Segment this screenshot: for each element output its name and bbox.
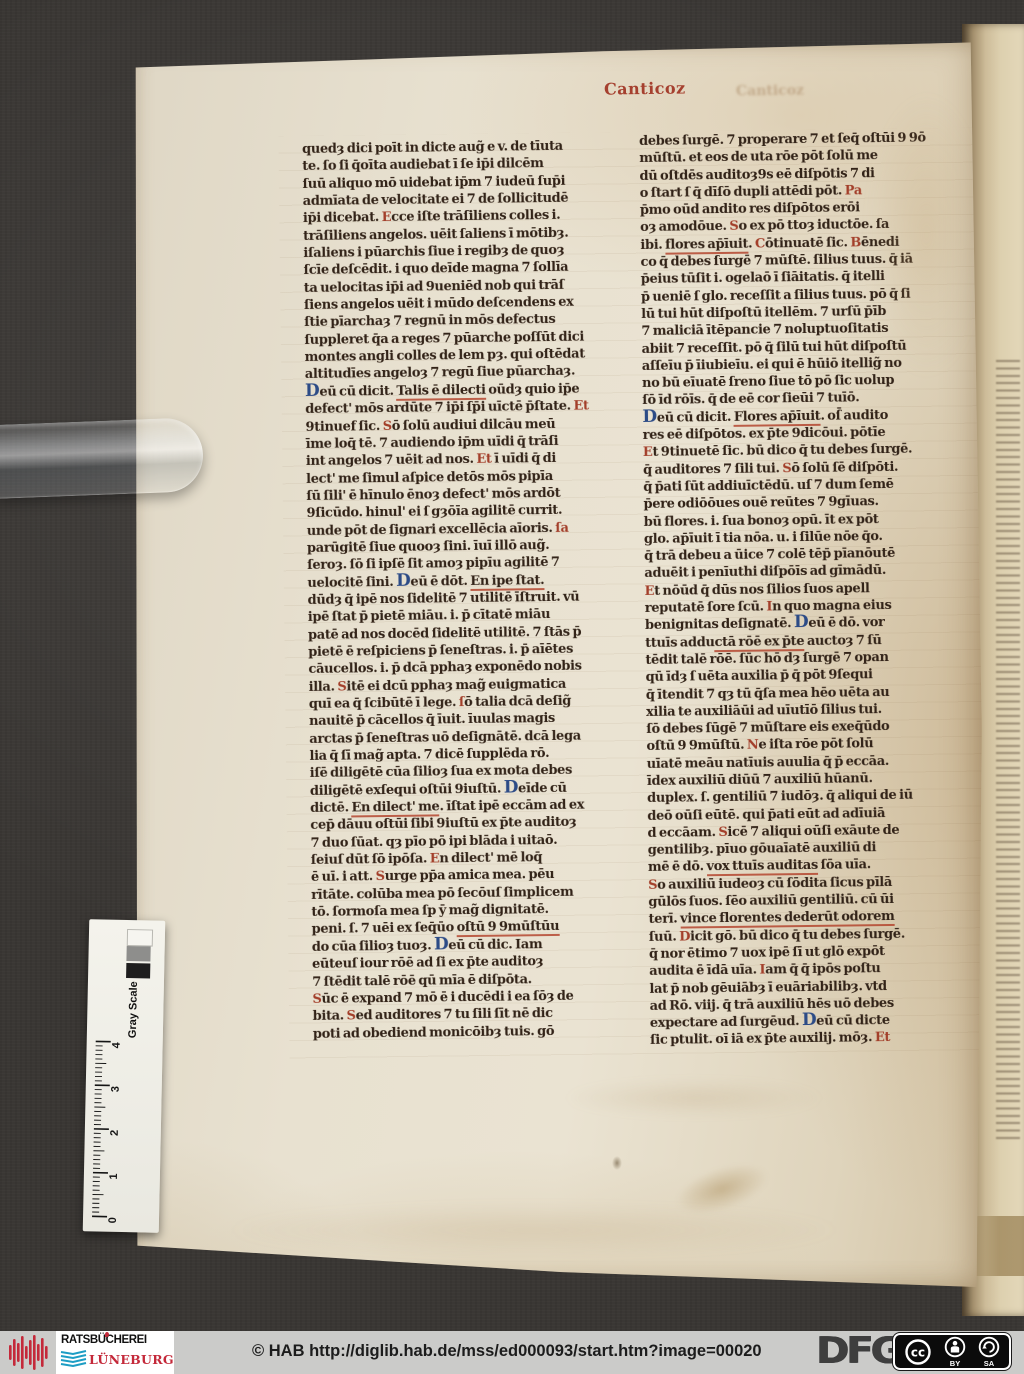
parchment-stain bbox=[564, 1080, 824, 1116]
library-name: RATSBÜCHEREI bbox=[61, 1334, 147, 1346]
parchment-stain bbox=[612, 1156, 622, 1170]
text-column-left: quedȝ dici poīt in dicte aug̃ e v. de tī… bbox=[302, 138, 651, 1044]
cc-license-badge: cc BY SA bbox=[893, 1333, 1011, 1370]
cc-by-icon: BY bbox=[944, 1336, 966, 1368]
manuscript-page: Canticoz Canticoz quedȝ dici poīt in dic… bbox=[134, 40, 986, 1292]
svg-text:2: 2 bbox=[109, 1130, 121, 1136]
svg-text:0: 0 bbox=[107, 1217, 119, 1223]
dfg-logo: DFG bbox=[816, 1332, 900, 1372]
running-title-showthrough: Canticoz bbox=[736, 82, 804, 101]
parchment-stain bbox=[224, 1205, 844, 1255]
svg-text:1: 1 bbox=[108, 1173, 120, 1179]
page-holder-strip bbox=[0, 417, 204, 499]
grayscale-ruler-svg: 01234 bbox=[83, 919, 166, 1233]
wave-book-icon bbox=[60, 1349, 87, 1367]
cc-logo: cc bbox=[904, 1338, 932, 1366]
svg-text:3: 3 bbox=[110, 1086, 122, 1092]
svg-text:cc: cc bbox=[911, 1345, 925, 1359]
cc-sa-icon: SA bbox=[978, 1336, 1000, 1368]
facing-page-text-blur bbox=[996, 360, 1020, 1140]
svg-text:4: 4 bbox=[111, 1041, 123, 1048]
library-city: LÜNEBURG bbox=[89, 1352, 174, 1367]
ratsbuecherei-bars-icon bbox=[7, 1333, 51, 1372]
running-title: Canticoz bbox=[604, 79, 686, 98]
grayscale-card: Gray Scale 01234 bbox=[83, 919, 166, 1233]
copyright-url: © HAB http://diglib.hab.de/mss/ed000093/… bbox=[252, 1342, 762, 1361]
footer-bar: RATSBÜCHEREI LÜNEBURG © HAB http://digli… bbox=[0, 1331, 1024, 1374]
logo-red-drop bbox=[105, 1332, 109, 1337]
photo-stage: Canticoz Canticoz quedȝ dici poīt in dic… bbox=[0, 0, 1024, 1374]
text-column-right: debes ſurgē. 7 properare 7 et ſeq̄ oſtūi… bbox=[639, 130, 990, 1051]
library-logo-panel: RATSBÜCHEREI LÜNEBURG bbox=[56, 1331, 174, 1374]
parchment-stain bbox=[670, 1154, 774, 1224]
